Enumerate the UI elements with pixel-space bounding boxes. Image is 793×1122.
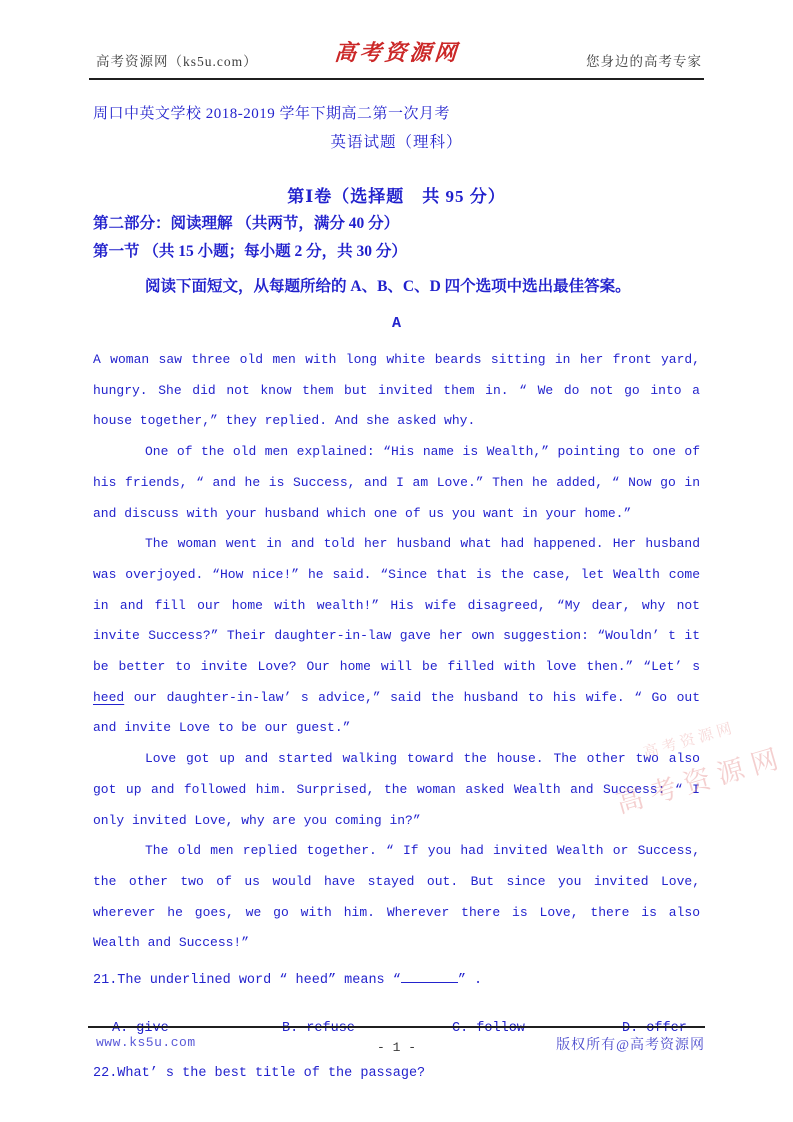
- section1-heading: 第一节 （共 15 小题；每小题 2 分，共 30 分）: [93, 241, 700, 263]
- passage-paragraph-3: The woman went in and told her husband w…: [93, 529, 700, 744]
- question-21-answer-blank: [401, 968, 458, 983]
- passage-paragraph-1: A woman saw three old men with long whit…: [93, 345, 700, 437]
- paragraph-3-text-after: our daughter-in-law’ s advice,” said the…: [93, 690, 700, 736]
- copyright-text: 版权所有@高考资源网: [556, 1034, 705, 1054]
- site-name-text: 高考资源网（ks5u.com）: [96, 50, 258, 70]
- passage-paragraph-2: One of the old men explained: “His name …: [93, 437, 700, 529]
- site-slogan-text: 您身边的高考专家: [586, 50, 702, 70]
- passage-label: A: [93, 313, 700, 335]
- exam-page: 高考资源网（ks5u.com） 高考资源网 您身边的高考专家 周口中英文学校 2…: [0, 0, 793, 1122]
- exam-subtitle: 英语试题（理科）: [93, 133, 700, 153]
- question-21-stem-end: ” .: [458, 973, 482, 988]
- reading-instruction: 阅读下面短文，从每题所给的 A、B、C、D 四个选项中选出最佳答案。: [93, 276, 700, 298]
- part1-heading: 第Ⅰ卷（选择题 共 95 分）: [93, 186, 700, 208]
- page-number: - 1 -: [377, 1040, 416, 1055]
- document-content: 周口中英文学校 2018-2019 学年下期高二第一次月考 英语试题（理科） 第…: [93, 100, 700, 1089]
- exam-title: 周口中英文学校 2018-2019 学年下期高二第一次月考: [93, 104, 700, 124]
- underlined-word-heed: heed: [93, 690, 124, 705]
- passage-paragraph-5: The old men replied together. “ If you h…: [93, 836, 700, 959]
- part2-heading: 第二部分：阅读理解 （共两节，满分 40 分）: [93, 213, 700, 235]
- question-21: 21.The underlined word “ heed” means “” …: [93, 966, 700, 997]
- site-logo: 高考资源网: [333, 36, 460, 67]
- passage-paragraph-4: Love got up and started walking toward t…: [93, 744, 700, 836]
- paragraph-3-text-before: The woman went in and told her husband w…: [93, 536, 700, 674]
- footer-url-link[interactable]: www.ks5u.com: [96, 1035, 196, 1050]
- question-21-stem: 21.The underlined word “ heed” means “: [93, 973, 401, 988]
- reading-passage: A woman saw three old men with long whit…: [93, 345, 700, 959]
- page-footer: www.ks5u.com - 1 - 版权所有@高考资源网: [88, 1026, 705, 1068]
- page-header: 高考资源网（ks5u.com） 高考资源网 您身边的高考专家: [89, 0, 704, 80]
